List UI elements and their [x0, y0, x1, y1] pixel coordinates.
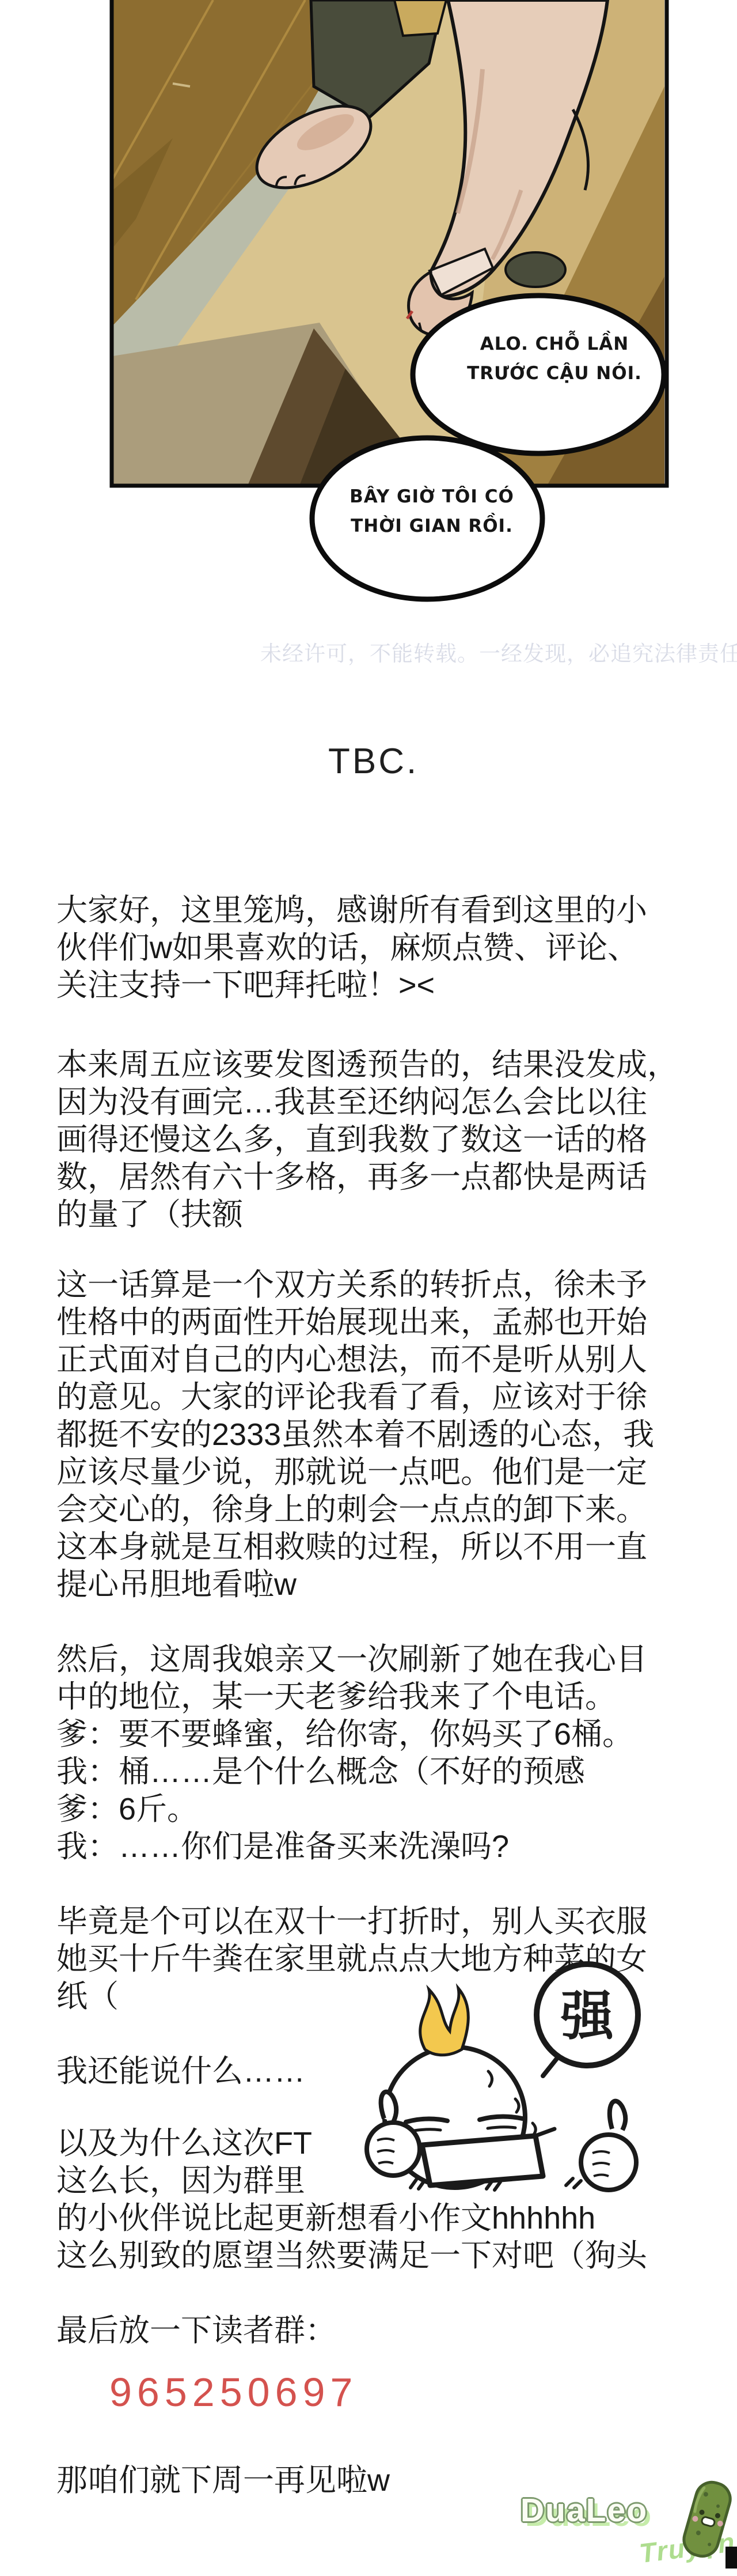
closing-line: 那咱们就下周一再见啦w [56, 2456, 390, 2500]
doodle-balloon: 强 [537, 1964, 638, 2076]
note-line: 会交心的，徐身上的刺会一点点的卸下来。 [56, 1491, 707, 1529]
note-line: 爹：6斤。 [56, 1791, 707, 1828]
bubble2-line1: BÂY GIỜ TÔI CÓ [349, 486, 514, 507]
note-paragraph-1: 大家好，这里笼鸠，感谢所有看到这里的小伙伴们w如果喜欢的话，麻烦点赞、评论、关注… [56, 892, 707, 1004]
logo-name-text: DuaLeo [521, 2491, 648, 2529]
note-line: 的小伙伴说比起更新想看小作文hhhhhh [56, 2200, 707, 2237]
note-line: 的意见。大家的评论我看了看，应该对于徐 [56, 1379, 707, 1416]
note-line: 这么别致的愿望当然要满足一下对吧（狗头 [56, 2237, 707, 2275]
note-line: 关注支持一下吧拜托啦！>< [56, 967, 707, 1004]
note-line: 本来周五应该要发图透预告的，结果没发成， [56, 1046, 707, 1084]
note-line: 正式面对自己的内心想法，而不是听从别人 [56, 1341, 707, 1379]
note-paragraph-3: 这一话算是一个双方关系的转折点，徐未予性格中的两面性开始展现出来，孟郝也开始正式… [56, 1266, 707, 1603]
bubble2-line2: THỜI GIAN RỒI. [351, 513, 513, 536]
note-line: 我：桶……是个什么概念（不好的预感 [56, 1753, 707, 1791]
bubble1-line2: TRƯỚC CẬU NÓI. [467, 362, 642, 384]
note-line: 爹：要不要蜂蜜，给你寄，你妈买了6桶。 [56, 1716, 707, 1753]
corner-mark [725, 2547, 737, 2569]
note-line: 因为没有画完…我甚至还纳闷怎么会比以往 [56, 1084, 707, 1121]
reader-group-label: 最后放一下读者群： [56, 2312, 707, 2350]
note-line: 中的地位，某一天老爹给我来了个电话。 [56, 1678, 707, 1716]
note-line: 性格中的两面性开始展现出来，孟郝也开始 [56, 1304, 707, 1341]
note-line: 数，居然有六十多格，再多一点都快是两话 [56, 1159, 707, 1196]
doodle-balloon-text: 强 [560, 1985, 616, 2047]
thumbs-up-right [581, 2101, 636, 2190]
comic-afterword-page: ALO. CHỖ LẦN TRƯỚC CẬU NÓI. BÂY GIỜ TÔI … [0, 0, 737, 2576]
note-line: 都挺不安的2333虽然本着不剧透的心态，我 [56, 1416, 707, 1454]
note-line: 画得还慢这么多，直到我数了数这一话的格 [56, 1121, 707, 1159]
note-line: 然后，这周我娘亲又一次刷新了她在我心目 [56, 1641, 707, 1678]
note-line: 毕竟是个可以在双十一打折时，别人买衣服 [56, 1903, 707, 1940]
note-line: 这本身就是互相救赎的过程，所以不用一直 [56, 1529, 707, 1566]
note-line: 提心吊胆地看啦w [56, 1566, 707, 1603]
speech-bubble-2: BÂY GIỜ TÔI CÓ THỜI GIAN RỒI. [312, 438, 542, 599]
note-line: 这一话算是一个双方关系的转折点，徐未予 [56, 1266, 707, 1304]
bubble1-line1: ALO. CHỖ LẦN [480, 331, 629, 354]
flame-hair-icon [420, 1988, 469, 2055]
note-paragraph-2: 本来周五应该要发图透预告的，结果没发成，因为没有画完…我甚至还纳闷怎么会比以往画… [56, 1046, 707, 1234]
note-line: 大家好，这里笼鸠，感谢所有看到这里的小 [56, 892, 707, 929]
note-line: 伙伴们w如果喜欢的话，麻烦点赞、评论、 [56, 929, 707, 967]
note-line: 的量了（扶额 [56, 1196, 707, 1234]
scan-group-logo: DuaLeo Truyện [517, 2479, 737, 2575]
note-line: 应该尽量少说，那就说一点吧。他们是一定 [56, 1454, 707, 1491]
copyright-watermark: 未经许可，不能转载。一经发现，必追究法律责任。 [260, 636, 732, 667]
note-line: 最后放一下读者群： [56, 2312, 707, 2350]
qq-group-number: 965250697 [109, 2369, 358, 2415]
note-line: 我：……你们是准备买来洗澡吗? [56, 1828, 707, 1866]
tbc-label: TBC. [328, 741, 419, 782]
note-paragraph-4: 然后，这周我娘亲又一次刷新了她在我心目中的地位，某一天老爹给我来了个电话。爹：要… [56, 1641, 707, 1866]
chibi-doodle: 强 [343, 1950, 668, 2192]
manga-panel: ALO. CHỖ LẦN TRƯỚC CẬU NÓI. BÂY GIỜ TÔI … [0, 0, 737, 668]
speech-bubble-1: ALO. CHỖ LẦN TRƯỚC CẬU NÓI. [413, 296, 664, 453]
